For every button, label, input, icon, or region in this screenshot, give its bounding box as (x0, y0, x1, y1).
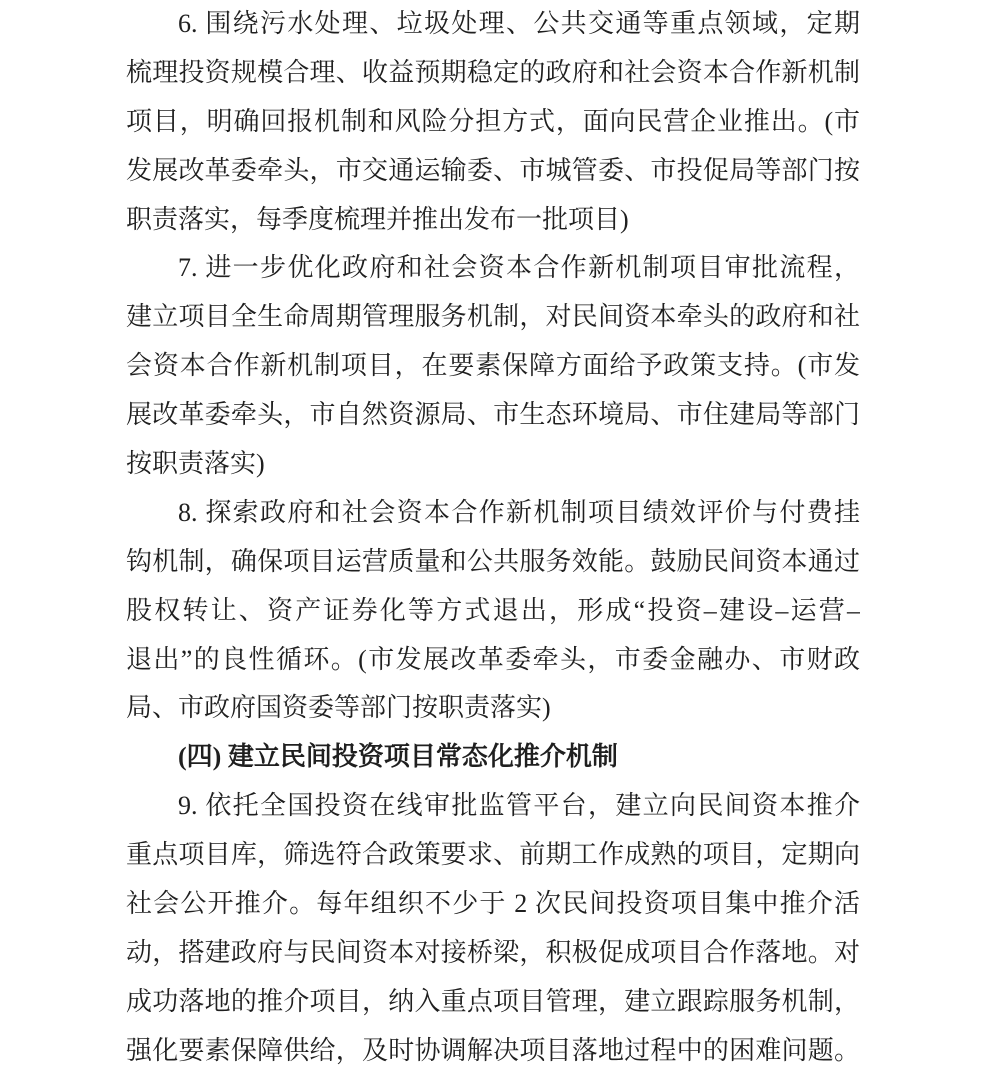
text-line: 8. 探索政府和社会资本合作新机制项目绩效评价与付费挂 (126, 489, 860, 538)
text-line: 动，搭建政府与民间资本对接桥梁，积极促成项目合作落地。对 (126, 929, 860, 978)
text-line: 股权转让、资产证券化等方式退出，形成“投资–建设–运营– (126, 587, 860, 636)
paragraph-item-6: 6. 围绕污水处理、垃圾处理、公共交通等重点领域，定期梳理投资规模合理、收益预期… (126, 0, 860, 244)
text-line: 发展改革委牵头，市交通运输委、市城管委、市投促局等部门按 (126, 147, 860, 196)
text-line: 局、市政府国资委等部门按职责落实) (126, 684, 860, 733)
text-line: 退出”的良性循环。(市发展改革委牵头，市委金融办、市财政 (126, 636, 860, 685)
text-line: 7. 进一步优化政府和社会资本合作新机制项目审批流程， (126, 244, 860, 293)
text-line: 职责落实，每季度梳理并推出发布一批项目) (126, 196, 860, 245)
text-line: 展改革委牵头，市自然资源局、市生态环境局、市住建局等部门 (126, 391, 860, 440)
text-line: 强化要素保障供给，及时协调解决项目落地过程中的困难问题。 (126, 1027, 860, 1076)
text-line: 重点项目库，筛选符合政策要求、前期工作成熟的项目，定期向 (126, 831, 860, 880)
section-heading: (四) 建立民间投资项目常态化推介机制 (126, 733, 860, 782)
text-line: 梳理投资规模合理、收益预期稳定的政府和社会资本合作新机制 (126, 49, 860, 98)
text-line: (四) 建立民间投资项目常态化推介机制 (126, 733, 860, 782)
text-line: 钩机制，确保项目运营质量和公共服务效能。鼓励民间资本通过 (126, 538, 860, 587)
document-text-column: 6. 围绕污水处理、垃圾处理、公共交通等重点领域，定期梳理投资规模合理、收益预期… (126, 0, 860, 1076)
text-line: 项目，明确回报机制和风险分担方式，面向民营企业推出。(市 (126, 98, 860, 147)
document-page: 6. 围绕污水处理、垃圾处理、公共交通等重点领域，定期梳理投资规模合理、收益预期… (0, 0, 986, 1076)
paragraph-item-7: 7. 进一步优化政府和社会资本合作新机制项目审批流程，建立项目全生命周期管理服务… (126, 244, 860, 488)
text-line: 会资本合作新机制项目，在要素保障方面给予政策支持。(市发 (126, 342, 860, 391)
text-line: 建立项目全生命周期管理服务机制，对民间资本牵头的政府和社 (126, 293, 860, 342)
paragraph-item-9: 9. 依托全国投资在线审批监管平台，建立向民间资本推介重点项目库，筛选符合政策要… (126, 782, 860, 1075)
paragraph-item-8: 8. 探索政府和社会资本合作新机制项目绩效评价与付费挂钩机制，确保项目运营质量和… (126, 489, 860, 733)
text-line: 成功落地的推介项目，纳入重点项目管理，建立跟踪服务机制， (126, 978, 860, 1027)
text-line: 按职责落实) (126, 440, 860, 489)
text-line: 社会公开推介。每年组织不少于 2 次民间投资项目集中推介活 (126, 880, 860, 929)
text-line: 9. 依托全国投资在线审批监管平台，建立向民间资本推介 (126, 782, 860, 831)
text-line: 6. 围绕污水处理、垃圾处理、公共交通等重点领域，定期 (126, 0, 860, 49)
